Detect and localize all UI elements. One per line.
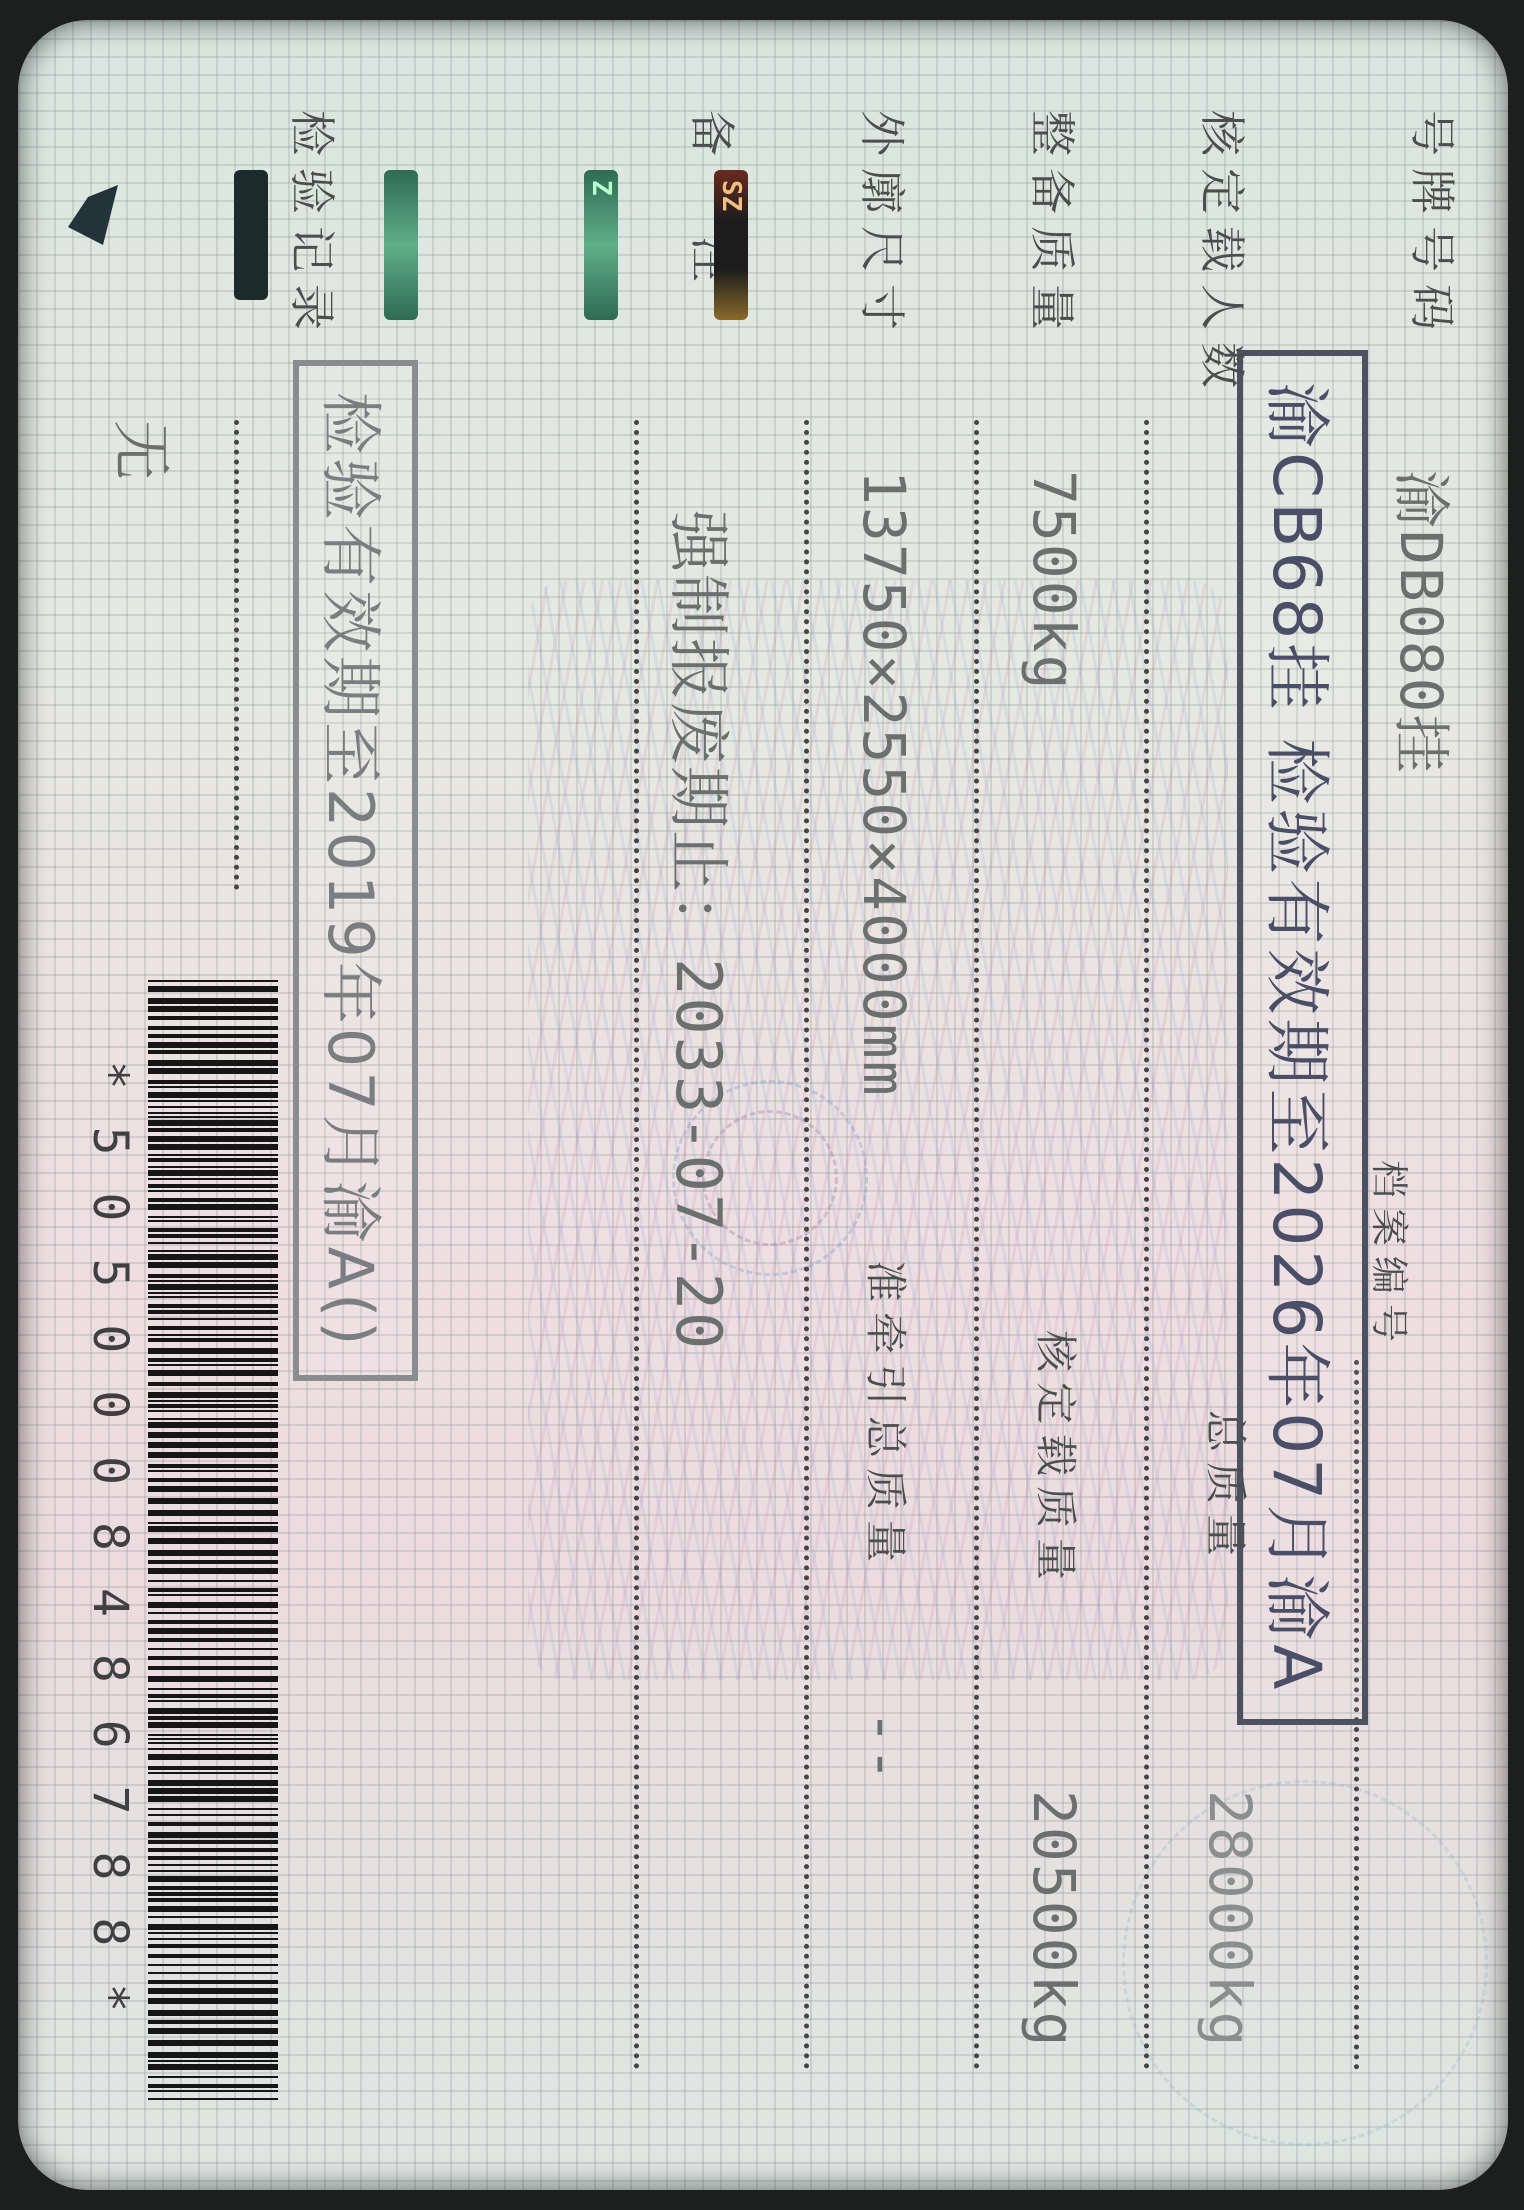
- total-mass-label: 总质量: [1198, 1410, 1258, 1566]
- row-remarks: 备注 强制报废期止：2033-07-20: [628, 110, 748, 2070]
- barcode: *5050008486788*: [78, 980, 278, 2130]
- curb-mass-value: 7500kg: [1020, 470, 1088, 692]
- hologram-corner-icon: [68, 185, 118, 245]
- hologram-chip-2: Z: [584, 170, 618, 320]
- towing-mass-label: 准牵引总质量: [858, 1260, 918, 1572]
- barcode-number: *5050008486788*: [82, 980, 138, 2130]
- rated-load-mass-value: 20500kg: [1020, 1790, 1088, 2048]
- dotted-line: [1144, 420, 1149, 2070]
- dotted-line: [634, 420, 639, 2070]
- inspection-record-label: 检验记录: [282, 110, 348, 342]
- rated-load-mass-label: 核定载质量: [1028, 1330, 1088, 1590]
- dotted-line: [974, 420, 979, 2070]
- plate-number-value: 渝DB080挂: [1384, 470, 1468, 775]
- barcode-bars: [148, 980, 278, 2130]
- hologram-chip-5: [234, 170, 268, 300]
- dotted-line: [804, 420, 809, 2070]
- dimensions-value: 13750×2550×4000mm: [850, 470, 918, 1098]
- hologram-chip-1: [384, 170, 418, 320]
- total-mass-value: 28000kg: [1196, 1790, 1264, 2048]
- row-dimensions: 外廓尺寸 13750×2550×4000mm 准牵引总质量 --: [798, 110, 918, 2070]
- hologram-chip-3: SZ: [714, 170, 748, 320]
- approved-passengers-label: 核定载人数: [1192, 110, 1258, 400]
- curb-mass-label: 整备质量: [1022, 110, 1088, 342]
- vehicle-license-card-rotated: 号牌号码 渝DB080挂 档案编号 渝CB68挂 检验有效期至2026年07月渝…: [18, 20, 1508, 2190]
- license-card: 号牌号码 渝DB080挂 档案编号 渝CB68挂 检验有效期至2026年07月渝…: [18, 20, 1508, 2190]
- dotted-line: [234, 420, 239, 890]
- row-approved-passengers: 核定载人数 总质量 28000kg: [1138, 110, 1258, 2070]
- towing-mass-value: --: [850, 1710, 918, 1784]
- row-curb-mass: 整备质量 7500kg 核定载质量 20500kg: [968, 110, 1088, 2070]
- remarks-value: 强制报废期止：2033-07-20: [659, 510, 748, 1351]
- inspection-record-value: 无: [102, 420, 188, 482]
- file-number-label: 档案编号: [1365, 1160, 1420, 1352]
- dimensions-label: 外廓尺寸: [852, 110, 918, 342]
- plate-number-label: 号牌号码: [1402, 110, 1468, 342]
